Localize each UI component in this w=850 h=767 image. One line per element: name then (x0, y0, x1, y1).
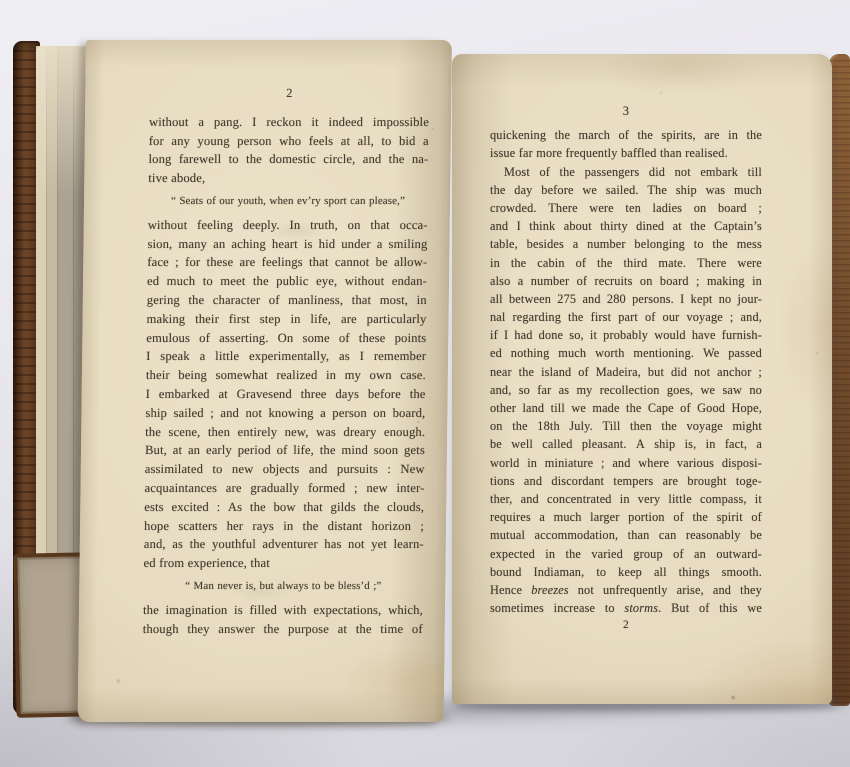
text-line: and,astheyouthfuladventurerhasnotyetlear… (144, 537, 424, 556)
text-line: emulousofasserting.Onsomeofthesepoints (146, 331, 426, 350)
text-line: face;forthesearefeelingsthatcannotbeallo… (147, 255, 427, 274)
text-line: sion,manyanachingheartishidunderasmiling (147, 237, 427, 256)
text-line: Ispeakalittleexperimentally,asIremember (146, 349, 426, 368)
text-line: geringthecharacterofmanliness,thatmost,i… (147, 293, 427, 312)
text-line: withoutfeelingdeeply.Intruth,onthatocca- (148, 218, 428, 237)
text-line: tiveabode, (148, 171, 428, 190)
text-line: IembarkedatGravesendthreedaysbeforethe (146, 387, 426, 406)
text-line: bewellcalledpleasant.Ashipis,infact,a (490, 437, 762, 455)
text-line: and,sofarasmyrecollectiongoes,wesawno (490, 383, 762, 401)
text-line: thedaybeforewesailed.Theshipwasmuch (490, 183, 762, 201)
text-line: But,atanearlyperiodoflife,themindsoonget… (145, 443, 425, 462)
left-page-text-block: 2 withoutapang.Ireckonitindeedimpossible… (143, 86, 430, 640)
text-line: expectedinthevariedgroupofanoutward- (490, 547, 762, 565)
text-line: makingtheirfirststepinlife,areparticular… (146, 312, 426, 331)
left-page-lines: withoutapang.Ireckonitindeedimpossiblefo… (143, 115, 429, 641)
text-line: otherlandtillwemadetheCapeofGoodHope, (490, 401, 762, 419)
text-line: worldinminiature;andwherevariousdisposi- (490, 456, 762, 474)
text-line: theimaginationisfilledwithexpectations,w… (143, 603, 423, 622)
text-line: onthe18thJuly.Tillthenthevoyagemight (490, 419, 762, 437)
page-number-left: 2 (149, 86, 429, 105)
text-line: inthecabinofthethirdmate.Therewere (490, 256, 762, 274)
text-line: requiresamuchlargerportionofthespiritof (490, 510, 762, 528)
text-line: mutualaccommodation,thancanreasonablybe (490, 528, 762, 546)
text-line: issuefarmorefrequentlybaffledthanrealise… (490, 146, 762, 164)
text-line: andIthinkaboutthirtydinedattheCaptain’s (490, 219, 762, 237)
text-line: assimilatedtonewobjectsandpursuits:New (145, 462, 425, 481)
text-line: Hencebreezesnotunfrequentlyarise,andthey (490, 583, 762, 601)
text-line: edfromexperience,that (143, 556, 423, 575)
text-line: ednothingmuchworthmentioning.Wepassed (490, 346, 762, 364)
right-page-lines: quickeningthemarchofthespirits,areinthei… (490, 128, 762, 637)
text-line: quickeningthemarchofthespirits,areinthe (490, 128, 762, 146)
text-line: withoutapang.Ireckonitindeedimpossible (149, 115, 429, 134)
text-line: sometimesincreasetostorms.Butofthiswe (490, 601, 762, 619)
page-number-right: 3 (490, 104, 762, 122)
text-line: ifIhaddoneso,itprobablywouldhavefurnish- (490, 328, 762, 346)
text-line: ther,andconcentratedinverylittlecompass,… (490, 492, 762, 510)
text-line: thoughtheyanswerthepurposeatthetimeof (143, 622, 423, 641)
text-line: foranyyoungpersonwhofeelsatall,tobida (149, 134, 429, 153)
text-line: allbetween275and280persons.Ikeptnojour- (490, 292, 762, 310)
text-line: Mostofthepassengersdidnotembarktill (490, 165, 762, 183)
text-line: thescene,thenentirelynew,wasdrearyenough… (145, 425, 425, 444)
text-line: crowded.Thereweretenladiesonboard; (490, 201, 762, 219)
text-line: table,besidesanumberbelongingtothemess (490, 237, 762, 255)
left-page: 2 withoutapang.Ireckonitindeedimpossible… (78, 40, 452, 722)
text-line: boundIndiaman,tokeepallthingssmooth. (490, 565, 762, 583)
text-line: theirbeingsomewhatrealizedinmyowncase. (146, 368, 426, 387)
text-line: nalregardingthefirstpartofourvoyage;and, (490, 310, 762, 328)
quotation-line: “Seatsofouryouth,whenev’rysportcanplease… (148, 195, 428, 214)
text-line: longfarewelltothedomesticcircle,andthena… (148, 152, 428, 171)
text-line: shipsailed;andnotknowingapersononboard, (145, 406, 425, 425)
text-line: hopescattersherraysinthedistanthorizon; (144, 519, 424, 538)
right-page: 3 quickeningthemarchofthespirits,areinth… (452, 54, 832, 704)
photograph-background: 2 withoutapang.Ireckonitindeedimpossible… (0, 0, 850, 767)
right-page-text-block: 3 quickeningthemarchofthespirits,areinth… (490, 104, 762, 637)
fore-edge-right (829, 54, 850, 706)
signature-mark: 2 (490, 619, 762, 637)
text-line: alsoanumberofrecruitsonboard;makingin (490, 274, 762, 292)
text-line: estsexcited:Asthebowthatgildstheclouds, (144, 500, 424, 519)
text-line: edmuchtomeetthepubliceye,withoutendan- (147, 274, 427, 293)
text-line: neartheislandofMadeira,butdidnotanchor; (490, 365, 762, 383)
text-line: tionsanddiscordanttempersarebroughttoge- (490, 474, 762, 492)
quotation-line: “Manneveris,butalwaystobebless’d;” (143, 580, 423, 599)
text-line: acquaintancesaregraduallyformed;newinter… (144, 481, 424, 500)
